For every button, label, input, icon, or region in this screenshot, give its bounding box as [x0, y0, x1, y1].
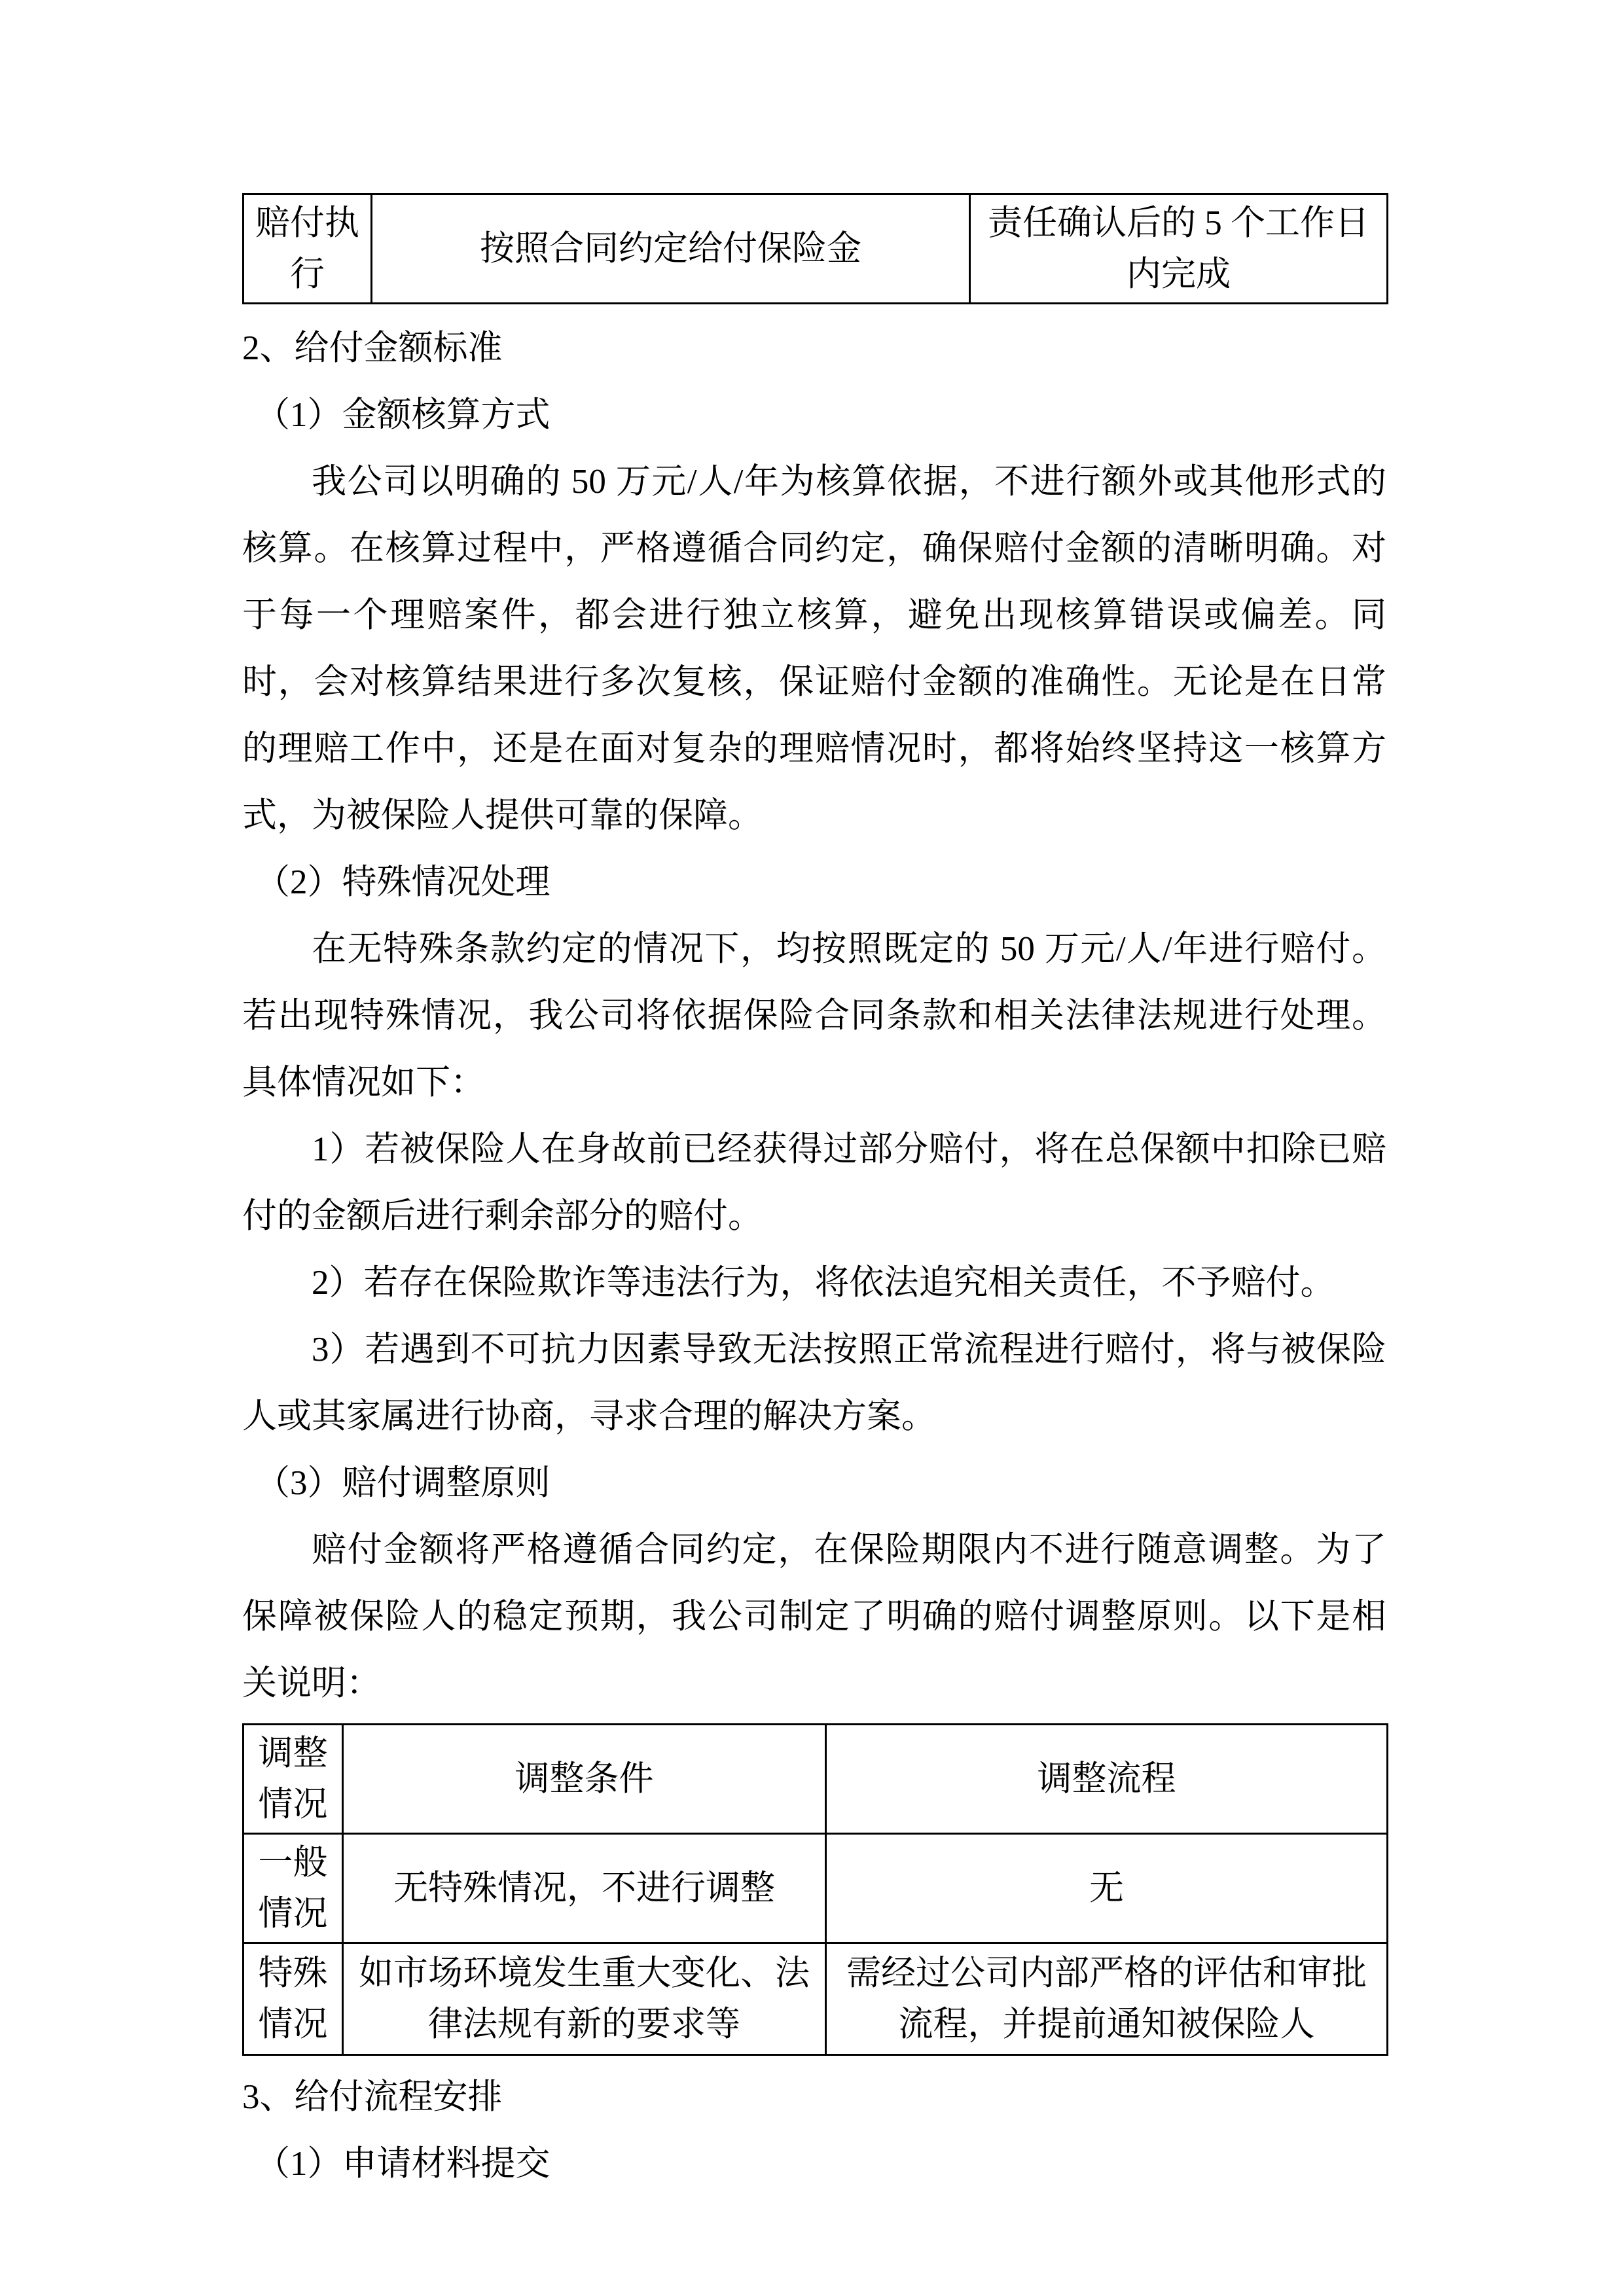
adjustment-table: 调整情况 调整条件 调整流程 一般情况 无特殊情况，不进行调整 无 特殊情况 如…: [242, 1723, 1388, 2056]
section-2-3-heading: （3）赔付调整原则: [242, 1450, 1386, 1516]
section-2-2-heading: （2）特殊情况处理: [242, 849, 1386, 916]
amount-calculation-paragraph: 我公司以明确的 50 万元/人/年为核算依据，不进行额外或其他形式的核算。在核算…: [242, 448, 1386, 849]
section-2-1-heading: （1）金额核算方式: [242, 382, 1386, 448]
adjustment-condition-header-cell: 调整条件: [343, 1725, 826, 1834]
special-case-item-1: 1）若被保险人在身故前已经获得过部分赔付，将在总保额中扣除已赔付的金额后进行剩余…: [242, 1116, 1386, 1249]
general-condition-cell: 无特殊情况，不进行调整: [343, 1834, 826, 1943]
adjustment-principle-paragraph: 赔付金额将严格遵循合同约定，在保险期限内不进行随意调整。为了保障被保险人的稳定预…: [242, 1516, 1386, 1717]
special-cases-paragraph: 在无特殊条款约定的情况下，均按照既定的 50 万元/人/年进行赔付。若出现特殊情…: [242, 916, 1386, 1116]
adjustment-general-row: 一般情况 无特殊情况，不进行调整 无: [244, 1834, 1388, 1943]
section-3-1-heading: （1）申请材料提交: [242, 2130, 1386, 2197]
special-condition-cell: 如市场环境发生重大变化、法律法规有新的要求等: [343, 1943, 826, 2055]
general-process-cell: 无: [826, 1834, 1388, 1943]
adjustment-table-header-row: 调整情况 调整条件 调整流程: [244, 1725, 1388, 1834]
payout-step-deadline-cell: 责任确认后的 5 个工作日内完成: [970, 194, 1388, 304]
payout-step-row: 赔付执行 按照合同约定给付保险金 责任确认后的 5 个工作日内完成: [244, 194, 1388, 304]
special-case-item-3: 3）若遇到不可抗力因素导致无法按照正常流程进行赔付，将与被保险人或其家属进行协商…: [242, 1316, 1386, 1450]
payout-step-name-cell: 赔付执行: [244, 194, 372, 304]
special-case-item-2: 2）若存在保险欺诈等违法行为，将依法追究相关责任，不予赔付。: [242, 1249, 1386, 1316]
adjustment-situation-header-cell: 调整情况: [244, 1725, 343, 1834]
payout-step-table: 赔付执行 按照合同约定给付保险金 责任确认后的 5 个工作日内完成: [242, 193, 1388, 304]
general-situation-cell: 一般情况: [244, 1834, 343, 1943]
document-page: 赔付执行 按照合同约定给付保险金 责任确认后的 5 个工作日内完成 2、给付金额…: [0, 0, 1624, 2296]
section-2-heading: 2、给付金额标准: [242, 315, 1386, 382]
adjustment-process-header-cell: 调整流程: [826, 1725, 1388, 1834]
special-situation-cell: 特殊情况: [244, 1943, 343, 2055]
section-3-heading: 3、给付流程安排: [242, 2064, 1386, 2130]
special-process-cell: 需经过公司内部严格的评估和审批流程，并提前通知被保险人: [826, 1943, 1388, 2055]
adjustment-special-row: 特殊情况 如市场环境发生重大变化、法律法规有新的要求等 需经过公司内部严格的评估…: [244, 1943, 1388, 2055]
payout-step-action-cell: 按照合同约定给付保险金: [372, 194, 970, 304]
page-content: 赔付执行 按照合同约定给付保险金 责任确认后的 5 个工作日内完成 2、给付金额…: [242, 0, 1386, 2197]
